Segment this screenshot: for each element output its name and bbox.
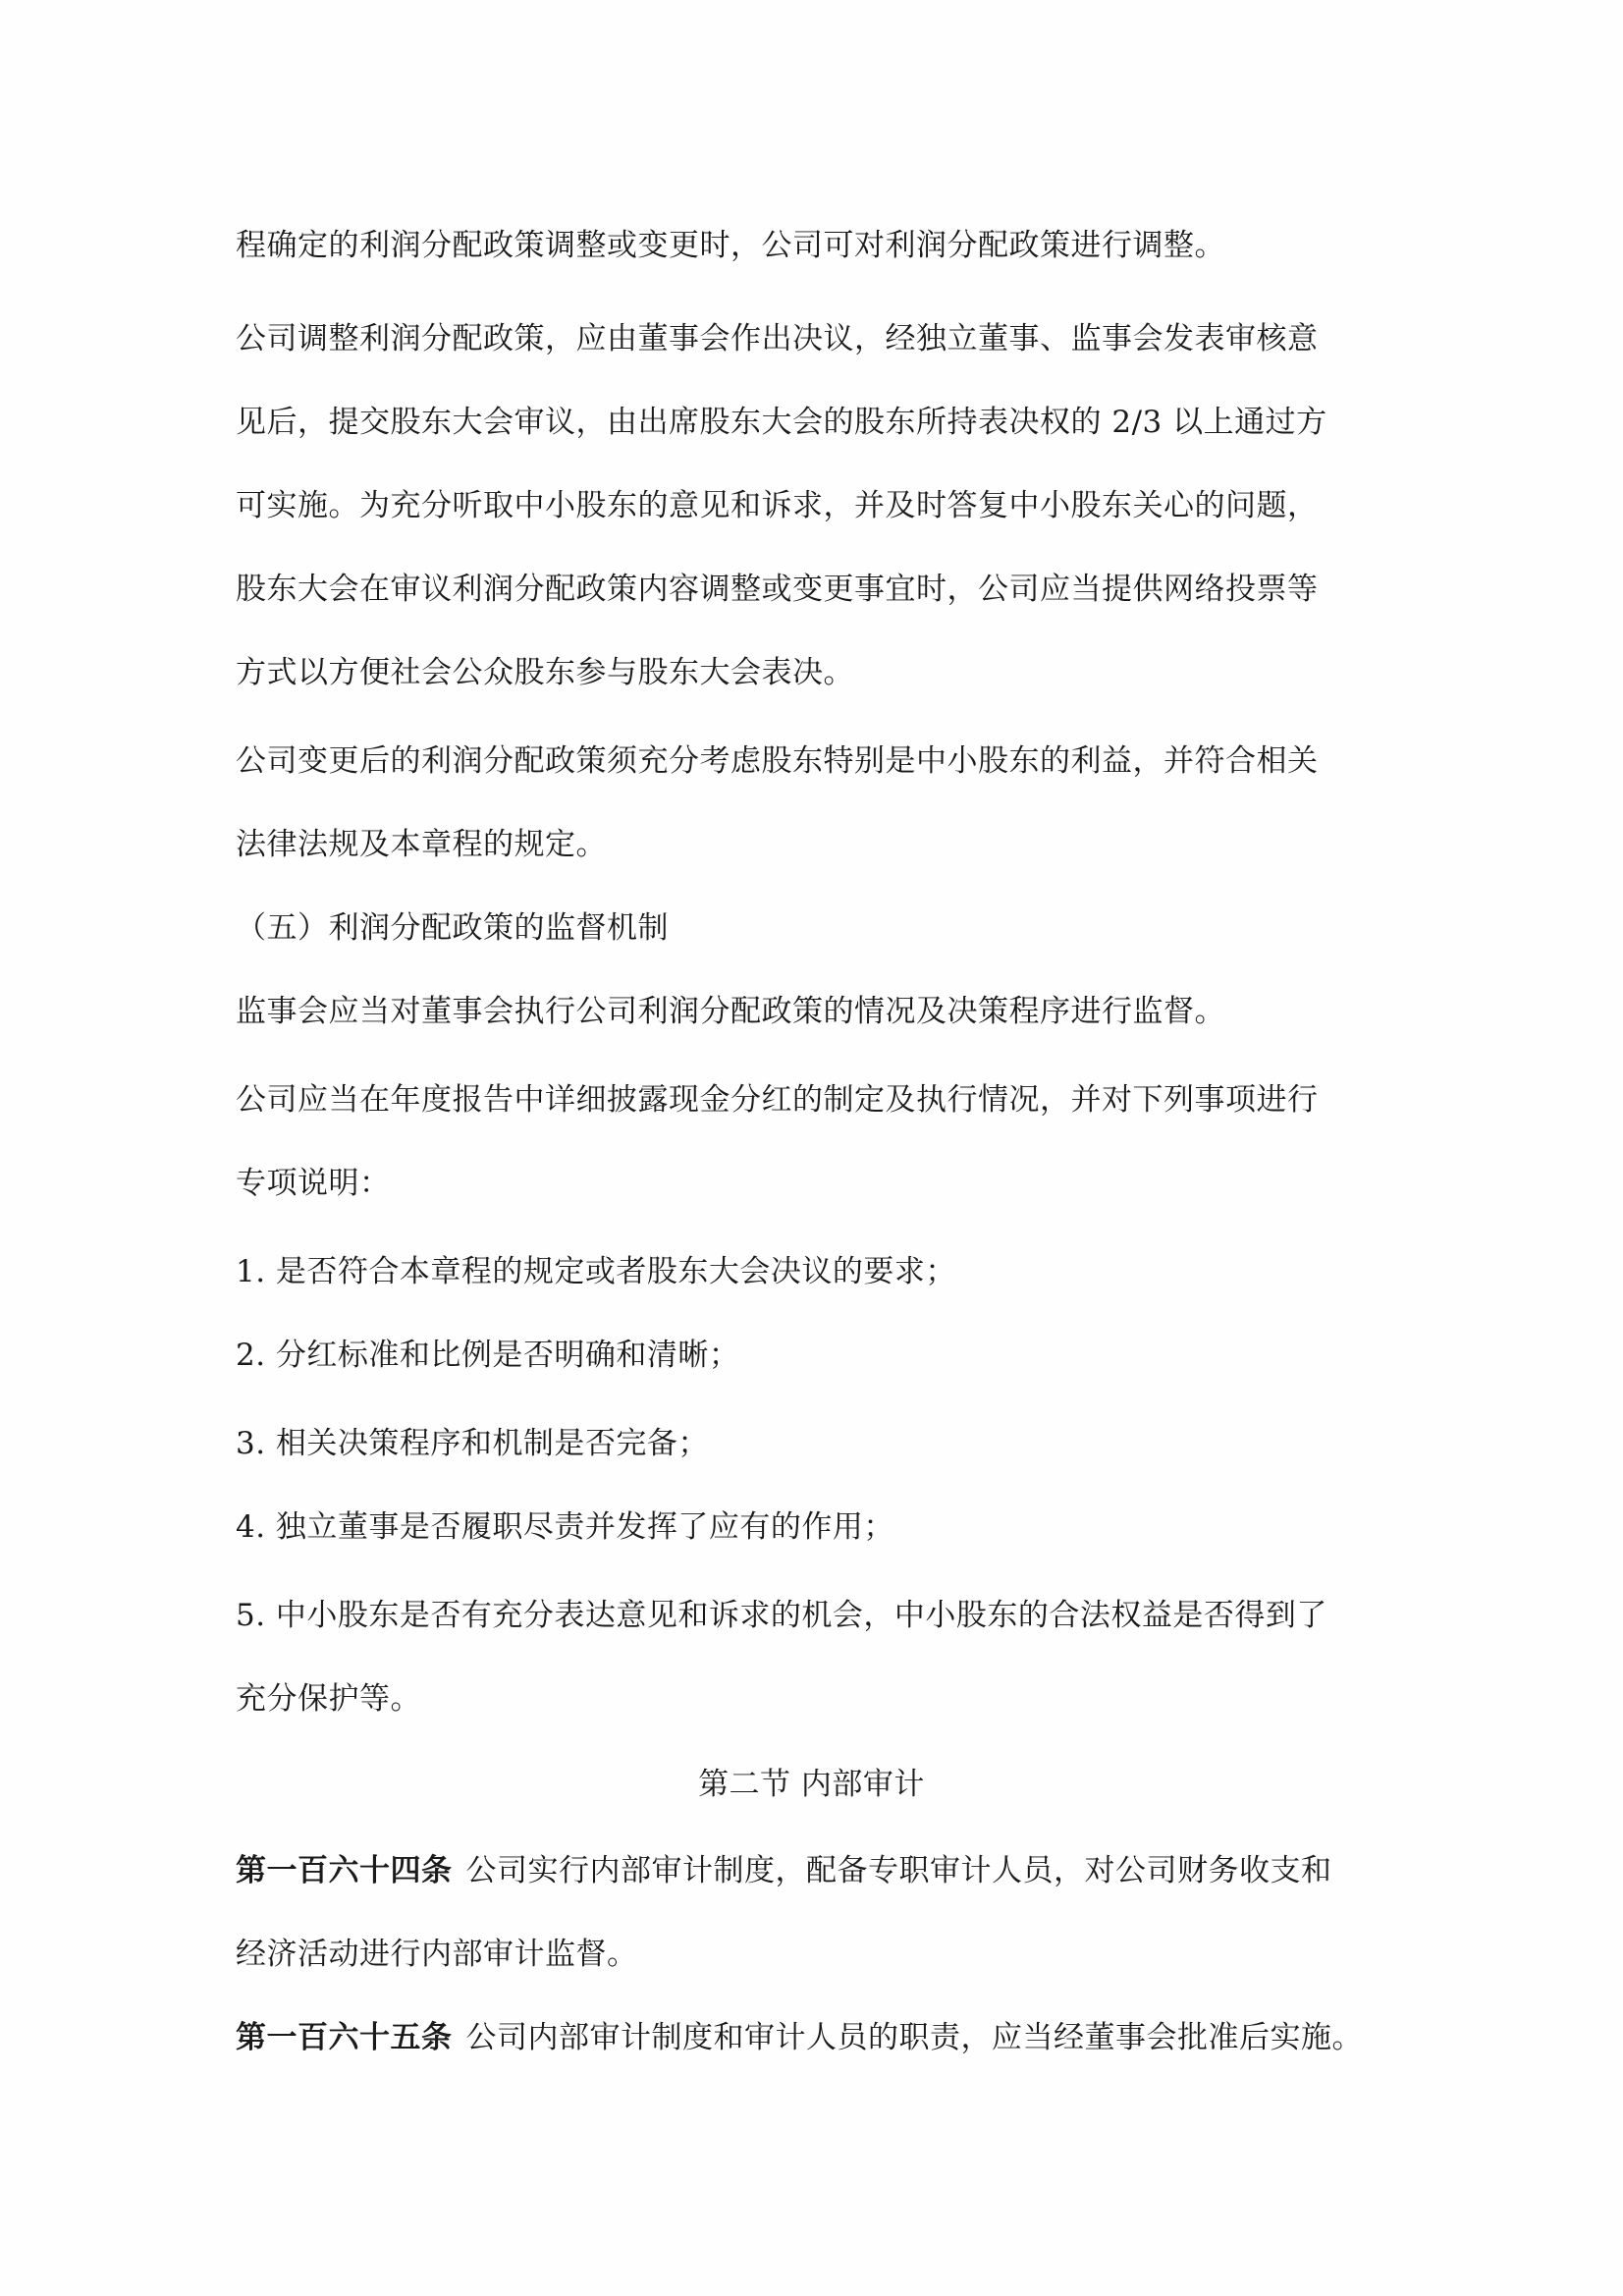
- article-label: 第一百六十四条: [236, 1853, 453, 1888]
- article-164-continued: 经济活动进行内部审计监督。: [236, 1935, 1414, 1974]
- section-heading: 第二节 内部审计: [0, 1765, 1623, 1804]
- paragraph-line: 公司变更后的利润分配政策须充分考虑股东特别是中小股东的利益，并符合相关: [236, 741, 1414, 781]
- paragraph-line: 公司应当在年度报告中详细披露现金分红的制定及执行情况，并对下列事项进行: [236, 1080, 1414, 1120]
- document-page: 程确定的利润分配政策调整或变更时，公司可对利润分配政策进行调整。 公司调整利润分…: [0, 0, 1623, 2296]
- article-label: 第一百六十五条: [236, 2020, 453, 2055]
- paragraph-line: 程确定的利润分配政策调整或变更时，公司可对利润分配政策进行调整。: [236, 226, 1414, 265]
- article-text: 公司内部审计制度和审计人员的职责，应当经董事会批准后实施。: [466, 2020, 1364, 2055]
- paragraph-line: 方式以方便社会公众股东参与股东大会表决。: [236, 653, 1414, 692]
- paragraph-line: 法律法规及本章程的规定。: [236, 825, 1414, 864]
- paragraph-line: 充分保护等。: [236, 1679, 1414, 1719]
- list-item: 2. 分红标准和比例是否明确和清晰；: [236, 1336, 1414, 1375]
- paragraph-line: 可实施。为充分听取中小股东的意见和诉求，并及时答复中小股东关心的问题，: [236, 486, 1414, 525]
- article-164: 第一百六十四条公司实行内部审计制度，配备专职审计人员，对公司财务收支和: [236, 1851, 1414, 1890]
- paragraph-line: 公司调整利润分配政策，应由董事会作出决议，经独立董事、监事会发表审核意: [236, 319, 1414, 358]
- paragraph-line: 股东大会在审议利润分配政策内容调整或变更事宜时，公司应当提供网络投票等: [236, 570, 1414, 609]
- list-item: 1. 是否符合本章程的规定或者股东大会决议的要求；: [236, 1252, 1414, 1291]
- list-item: 3. 相关决策程序和机制是否完备；: [236, 1424, 1414, 1463]
- article-text: 公司实行内部审计制度，配备专职审计人员，对公司财务收支和: [466, 1853, 1332, 1888]
- list-item: 5. 中小股东是否有充分表达意见和诉求的机会，中小股东的合法权益是否得到了: [236, 1596, 1414, 1635]
- paragraph-line: 专项说明：: [236, 1164, 1414, 1203]
- paragraph-line: 监事会应当对董事会执行公司利润分配政策的情况及决策程序进行监督。: [236, 992, 1414, 1031]
- subsection-heading: （五）利润分配政策的监督机制: [236, 908, 1414, 948]
- paragraph-line: 见后，提交股东大会审议，由出席股东大会的股东所持表决权的 2/3 以上通过方: [236, 403, 1414, 442]
- list-item: 4. 独立董事是否履职尽责并发挥了应有的作用；: [236, 1507, 1414, 1547]
- article-165: 第一百六十五条公司内部审计制度和审计人员的职责，应当经董事会批准后实施。: [236, 2018, 1414, 2057]
